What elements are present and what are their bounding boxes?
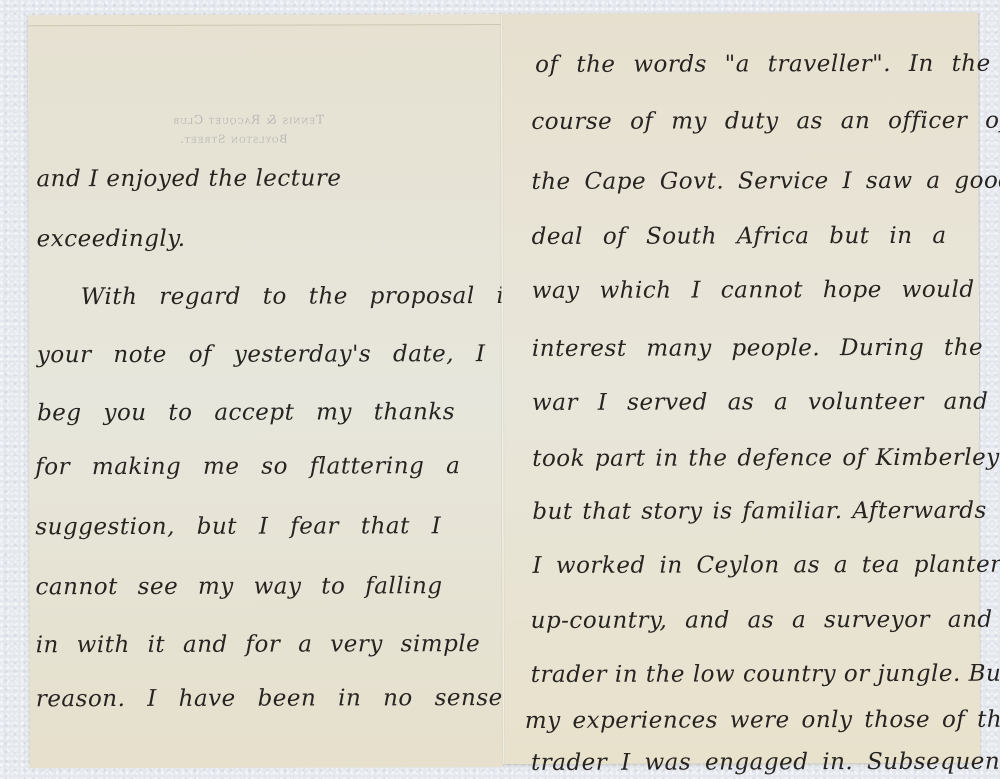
handwritten-line: reason. I have been in no sense xyxy=(36,685,503,712)
handwritten-line: course of my duty as an officer of xyxy=(531,108,1000,135)
handwritten-line: cannot see my way to falling xyxy=(35,573,442,600)
handwritten-line: but that story is familiar. Afterwards xyxy=(532,498,987,525)
handwritten-line: interest many people. During the xyxy=(532,335,983,362)
handwritten-line: trader in the low country or jungle. But xyxy=(531,661,1000,688)
handwritten-line: and I enjoyed the lecture xyxy=(36,165,341,192)
handwritten-line: of the words "a traveller". In the xyxy=(535,51,991,78)
handwritten-line: for making me so flattering a xyxy=(35,453,460,480)
right-page: of the words "a traveller". In the cours… xyxy=(501,13,980,764)
handwritten-line: suggestion, but I fear that I xyxy=(35,513,441,540)
handwritten-line: I worked in Ceylon as a tea planter xyxy=(532,552,1000,579)
handwritten-line: war I served as a volunteer and xyxy=(532,389,988,416)
handwritten-line: deal of South Africa but in a xyxy=(532,223,947,250)
handwritten-line: trader I was engaged in. Subsequently xyxy=(531,749,1000,776)
handwritten-line: up-country, and as a surveyor and xyxy=(531,607,993,634)
handwritten-line: took part in the defence of Kimberley xyxy=(532,445,1000,472)
letter-sheet: Tennis & Racquet Club Boylston Street. a… xyxy=(28,13,980,765)
letterhead-show-through: Tennis & Racquet Club Boylston Street. xyxy=(138,111,358,152)
letterhead-club-name: Tennis & Racquet Club xyxy=(138,111,358,128)
handwritten-line: your note of yesterday's date, I xyxy=(37,341,486,368)
handwritten-line: way which I cannot hope would xyxy=(532,277,975,304)
left-page: Tennis & Racquet Club Boylston Street. a… xyxy=(28,24,503,768)
handwritten-line: exceedingly. xyxy=(37,226,186,252)
handwritten-line: beg you to accept my thanks xyxy=(37,399,455,426)
handwritten-line: the Cape Govt. Service I saw a good xyxy=(531,168,1000,195)
handwritten-line: in with it and for a very simple xyxy=(36,631,481,658)
letterhead-street: Boylston Street. xyxy=(138,127,328,151)
handwritten-line: With regard to the proposal in xyxy=(81,283,520,310)
handwritten-line: my experiences were only those of the xyxy=(525,707,1000,734)
